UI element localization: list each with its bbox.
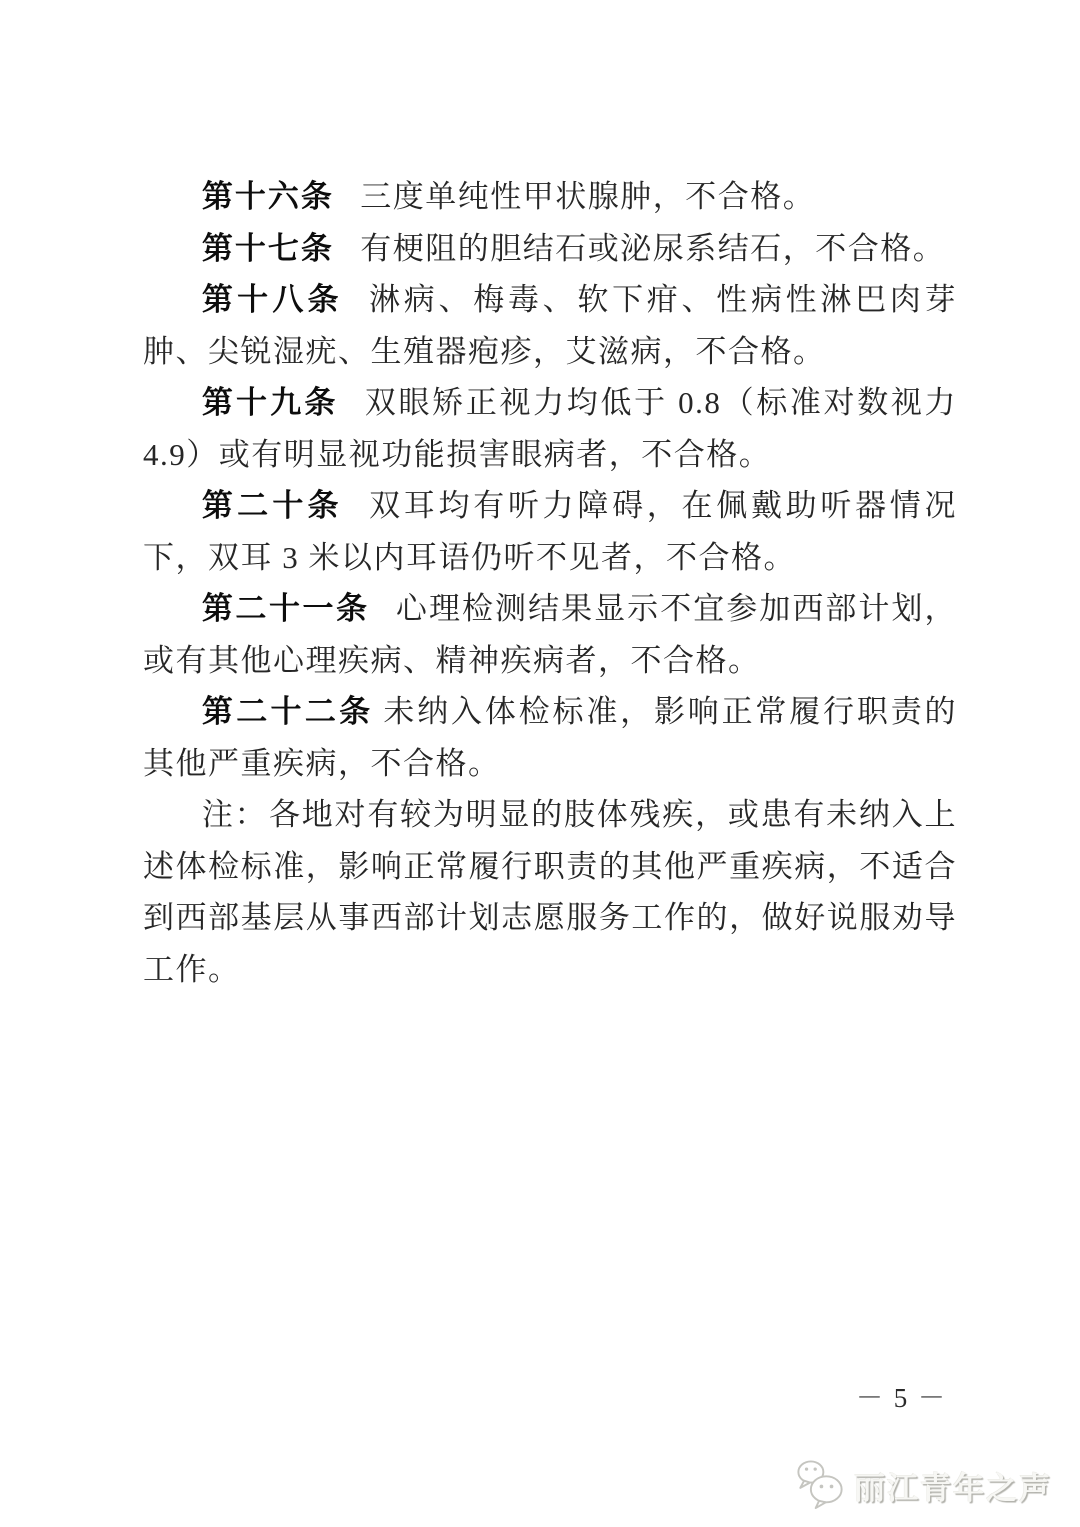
article-number: 第二十二条 bbox=[202, 694, 374, 729]
article-paragraph: 第十八条淋病、梅毒、软下疳、性病性淋巴肉芽肿、尖锐湿疣、生殖器疱疹，艾滋病，不合… bbox=[143, 274, 957, 377]
note-paragraph: 注：各地对有较为明显的肢体残疾，或患有未纳入上述体检标准，影响正常履行职责的其他… bbox=[143, 789, 957, 995]
document-body: 第十六条三度单纯性甲状腺肿，不合格。 第十七条有梗阻的胆结石或泌尿系结石，不合格… bbox=[143, 171, 957, 995]
document-page: 第十六条三度单纯性甲状腺肿，不合格。 第十七条有梗阻的胆结石或泌尿系结石，不合格… bbox=[0, 0, 1080, 1527]
watermark-label: 丽江青年之声 bbox=[854, 1463, 1052, 1508]
article-paragraph: 第十六条三度单纯性甲状腺肿，不合格。 bbox=[143, 171, 957, 223]
article-text: 三度单纯性甲状腺肿，不合格。 bbox=[360, 179, 815, 214]
article-number: 第十六条 bbox=[202, 179, 334, 214]
article-number: 第二十条 bbox=[202, 488, 343, 523]
article-paragraph: 第二十一条心理检测结果显示不宜参加西部计划，或有其他心理疾病、精神疾病者，不合格… bbox=[143, 583, 957, 686]
page-number: － 5 － bbox=[856, 1376, 947, 1415]
article-paragraph: 第十九条双眼矫正视力均低于 0.8（标准对数视力 4.9）或有明显视功能损害眼病… bbox=[143, 377, 957, 480]
article-number: 第十八条 bbox=[202, 282, 343, 317]
article-paragraph: 第二十条双耳均有听力障碍，在佩戴助听器情况下，双耳 3 米以内耳语仍听不见者，不… bbox=[143, 480, 957, 583]
article-number: 第二十一条 bbox=[202, 591, 370, 626]
note-label: 注： bbox=[202, 797, 268, 832]
article-number: 第十九条 bbox=[202, 385, 339, 420]
article-text: 有梗阻的胆结石或泌尿系结石，不合格。 bbox=[360, 231, 945, 266]
watermark: 丽江青年之声 bbox=[795, 1459, 1052, 1511]
article-number: 第十七条 bbox=[202, 231, 334, 266]
article-paragraph: 第十七条有梗阻的胆结石或泌尿系结石，不合格。 bbox=[143, 223, 957, 275]
article-paragraph: 第二十二条未纳入体检标准，影响正常履行职责的其他严重疾病，不合格。 bbox=[143, 686, 957, 789]
wechat-icon bbox=[795, 1459, 845, 1511]
